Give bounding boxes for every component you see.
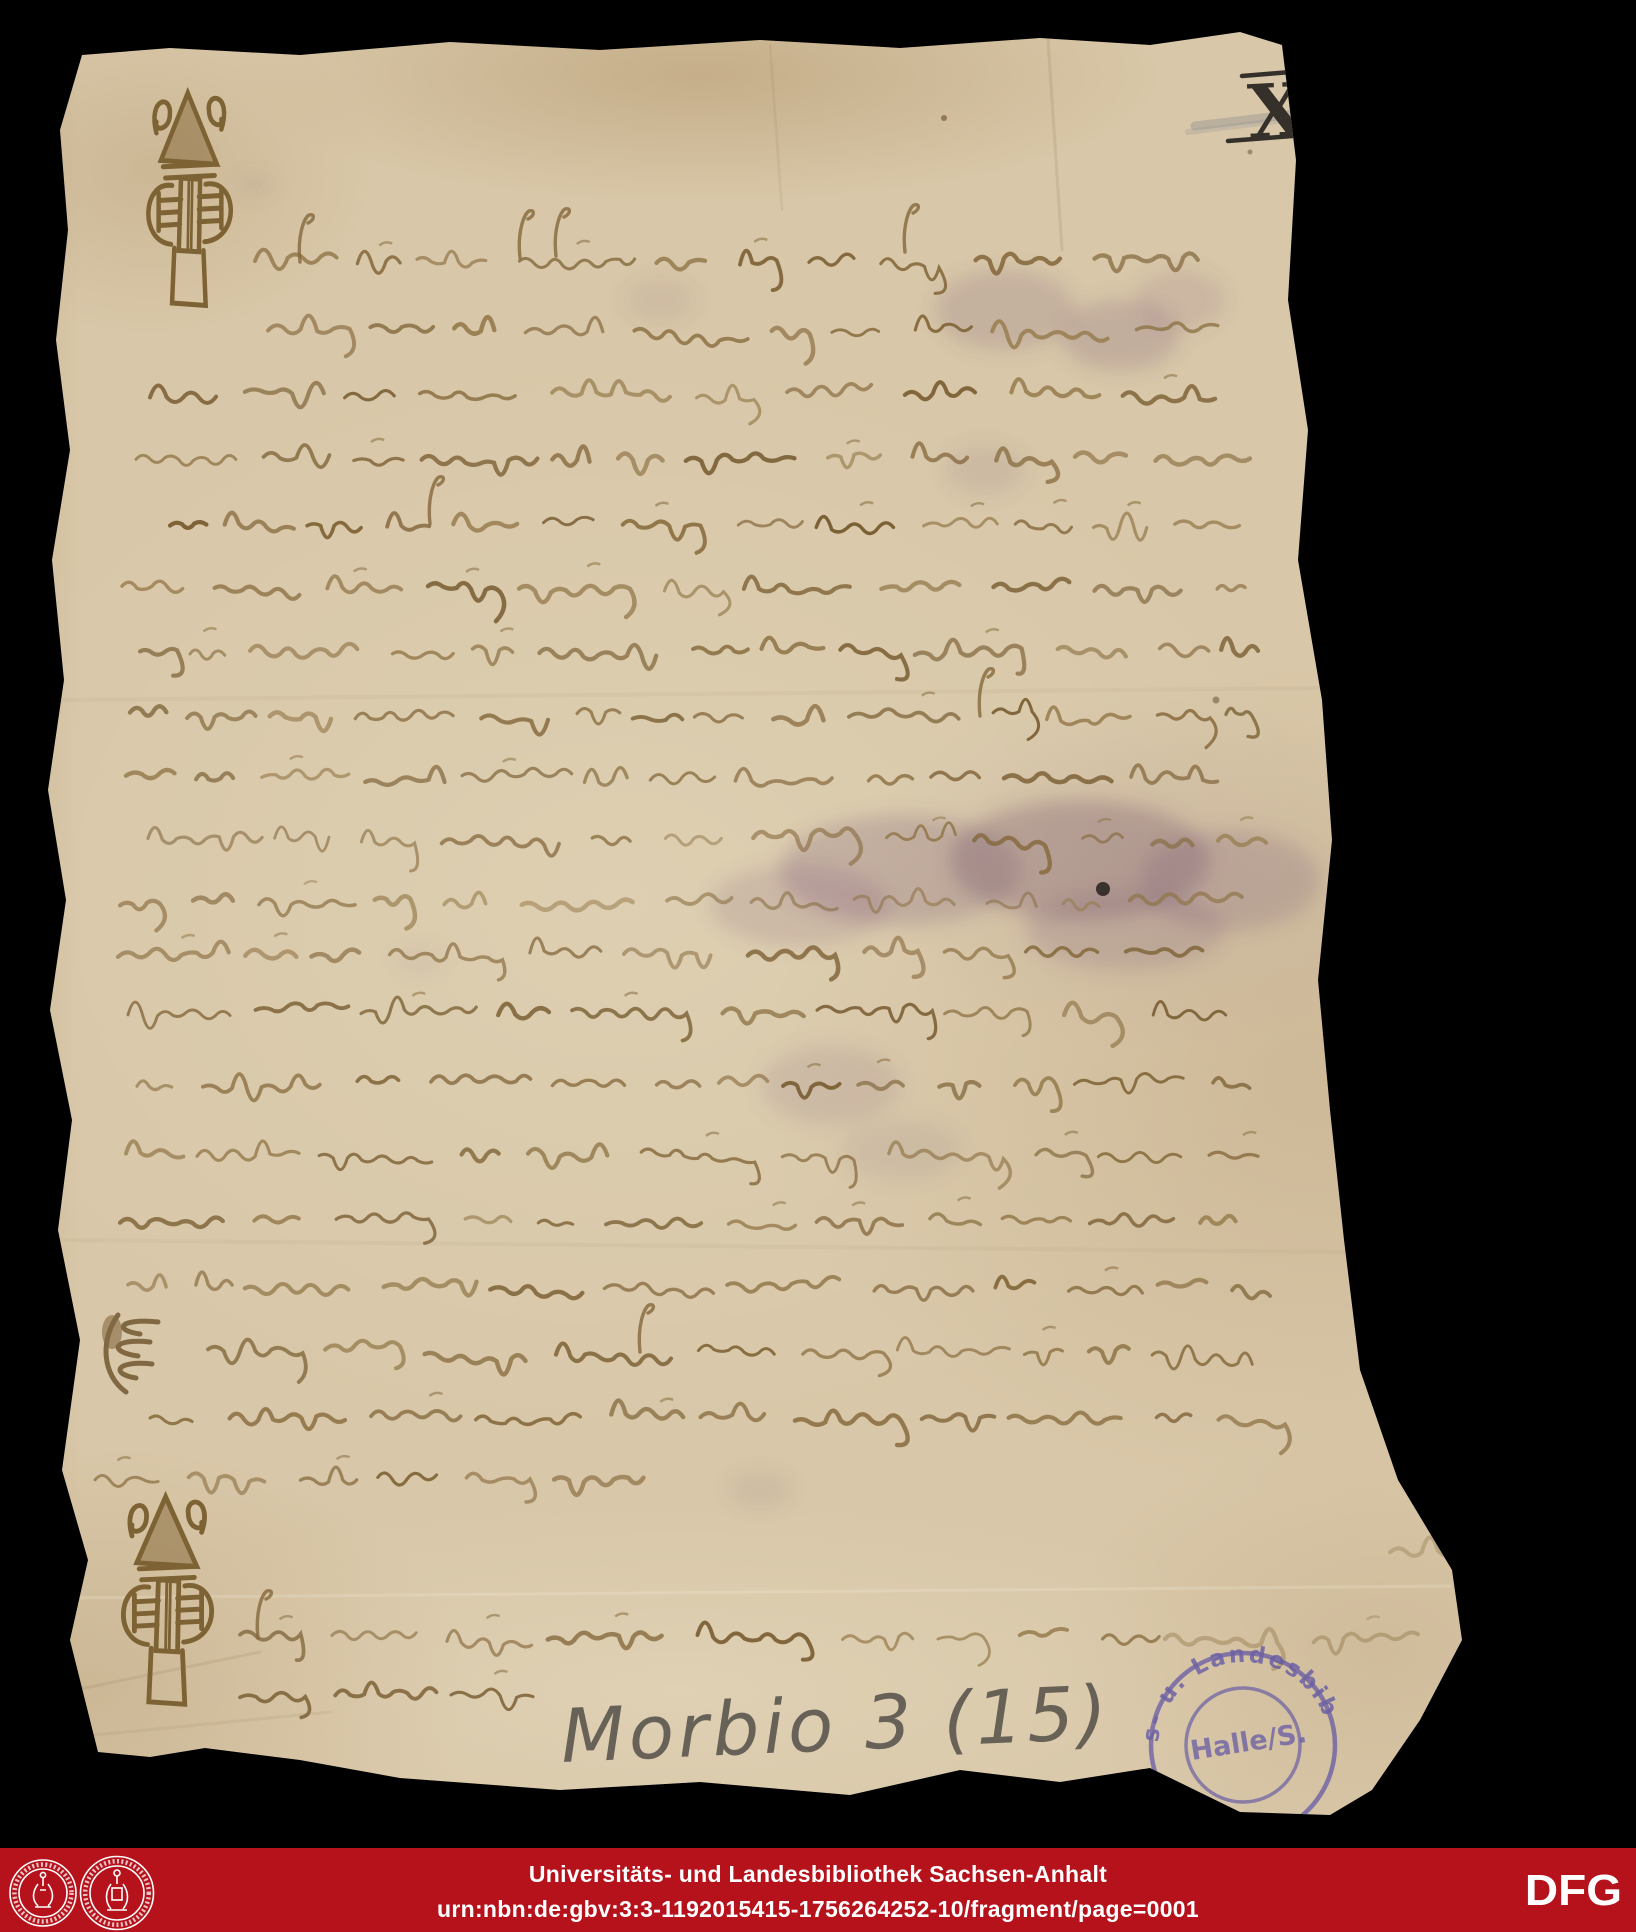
manuscript-overlay: XV Morbio 3 (15) s- u. Landesbib Halle/S… — [0, 0, 1636, 1932]
notarial-sign-top — [148, 93, 230, 306]
roman-numeral-xv: XV — [1188, 64, 1448, 156]
pencil-inscription: Morbio 3 (15) — [559, 1670, 1113, 1780]
library-stamp: s- u. Landesbib Halle/S. — [1138, 1642, 1344, 1837]
marginal-flourish — [102, 1315, 158, 1392]
footer-text-block: Universitäts- und Landesbibliothek Sachs… — [0, 1848, 1636, 1923]
notarial-sign-bottom — [123, 1497, 211, 1704]
handwriting-lines — [95, 239, 1486, 1718]
scan-viewport: XV Morbio 3 (15) s- u. Landesbib Halle/S… — [0, 0, 1636, 1932]
footer-urn: urn:nbn:de:gbv:3:3-1192015415-1756264252… — [0, 1896, 1636, 1923]
stamp-center-text: Halle/S. — [1188, 1718, 1309, 1767]
roman-numeral-text: XV — [1246, 64, 1367, 156]
footer-bar: Universitäts- und Landesbibliothek Sachs… — [0, 1848, 1636, 1932]
dfg-logo: DFG — [1525, 1864, 1622, 1915]
footer-institution: Universitäts- und Landesbibliothek Sachs… — [0, 1861, 1636, 1888]
